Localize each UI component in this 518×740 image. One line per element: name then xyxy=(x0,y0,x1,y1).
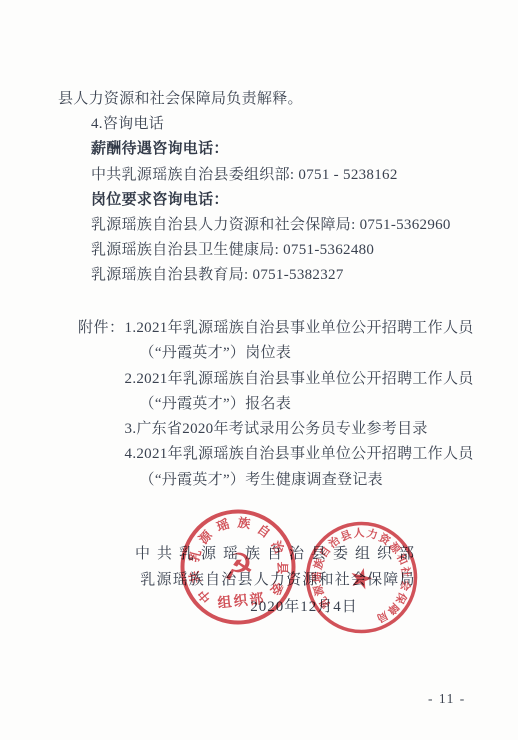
page-number: - 11 - xyxy=(428,691,466,707)
body-line: 中共乳源瑶族自治县委组织部: 0751 - 5238162 xyxy=(58,163,468,188)
body-paragraphs: 县人力资源和社会保障局负责解释。4.咨询电话薪酬待遇咨询电话：中共乳源瑶族自治县… xyxy=(58,87,468,289)
document-page: 县人力资源和社会保障局负责解释。4.咨询电话薪酬待遇咨询电话：中共乳源瑶族自治县… xyxy=(0,0,518,740)
star-icon: ★ xyxy=(345,561,377,597)
attachment-item: 3.广东省2020年考试录用公务员专业参考目录 xyxy=(125,417,474,442)
attachment-item: 2.2021年乳源瑶族自治县事业单位公开招聘工作人员 xyxy=(125,367,474,392)
seal-ring-char: 瑶 xyxy=(309,571,323,582)
seal-ring-char: 治 xyxy=(268,538,287,556)
seal-ring-char: 会 xyxy=(398,579,414,592)
seal-ring-char: 共 xyxy=(186,569,204,585)
attachment-item: 4.2021年乳源瑶族自治县事业单位公开招聘工作人员 xyxy=(125,442,474,467)
attachments-list: 1.2021年乳源瑶族自治县事业单位公开招聘工作人员（“丹霞英才”）岗位表2.2… xyxy=(125,316,474,493)
seal-ring-char: 源 xyxy=(310,583,327,598)
seal-ring-char: 县 xyxy=(275,562,289,575)
attachment-item-continuation: （“丹霞英才”）岗位表 xyxy=(125,341,474,366)
seal-ring-char: 族 xyxy=(237,515,252,532)
attachment-item: 1.2021年乳源瑶族自治县事业单位公开招聘工作人员 xyxy=(125,316,474,341)
official-seal-hr-bureau: 乳源瑶族自治县人力资源和社会保障局★ xyxy=(291,507,433,649)
seal-ring-char: 人 xyxy=(353,526,365,540)
attachments-label: 附件： xyxy=(78,316,125,341)
body-line: 县人力资源和社会保障局负责解释。 xyxy=(58,87,468,112)
seal-ring-char: 乳 xyxy=(186,547,204,563)
attachment-item-continuation: （“丹霞英才”）报名表 xyxy=(125,392,474,417)
body-line: 乳源瑶族自治县卫生健康局: 0751-5362480 xyxy=(58,238,468,263)
body-line: 4.咨询电话 xyxy=(58,112,468,137)
body-line: 乳源瑶族自治县人力资源和社会保障局: 0751-5362960 xyxy=(58,213,468,238)
body-line: 岗位要求咨询电话： xyxy=(58,188,468,213)
seal-bottom-text: 组织部 xyxy=(217,590,267,612)
seal-ring-char: 瑶 xyxy=(214,516,231,535)
seal-ring-char: 社 xyxy=(398,565,413,579)
party-emblem-icon: ☭ xyxy=(220,545,256,588)
attachment-item-continuation: （“丹霞英才”）考生健康调查登记表 xyxy=(125,468,474,493)
body-line: 乳源瑶族自治县教育局: 0751-5382327 xyxy=(58,263,468,288)
attachments-section: 附件： 1.2021年乳源瑶族自治县事业单位公开招聘工作人员（“丹霞英才”）岗位… xyxy=(78,316,474,493)
body-line: 薪酬待遇咨询电话： xyxy=(58,137,468,162)
official-seal-party-committee: 中共乳源瑶族自治县委☭组织部 xyxy=(172,501,304,633)
